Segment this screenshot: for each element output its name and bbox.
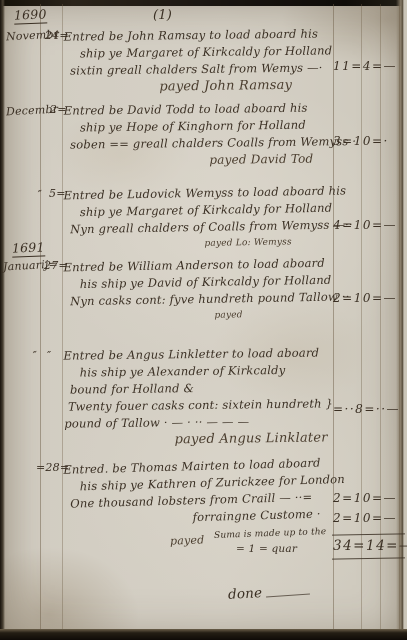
month-ditto-mark: ″ <box>33 349 38 362</box>
custom-duty-amount: 2=10=— <box>333 511 407 525</box>
done-mark: done <box>228 585 263 603</box>
column-rule-left-2 <box>62 4 63 630</box>
custom-duty-line: forraingne Custome · <box>192 505 334 526</box>
year-heading-1691: 1691 <box>12 239 45 257</box>
total-amount: 34=14=— <box>333 538 407 554</box>
amount: 2=10=— <box>333 291 407 305</box>
column-rule-page-edge <box>399 4 400 630</box>
amount: 2=10=— <box>333 491 407 505</box>
payed-label: payed <box>170 533 205 547</box>
payed-line: payed John Ramsay <box>159 76 334 95</box>
done-flourish <box>266 593 310 597</box>
ledger-entry: Entred be Ludovick Wemyss to load aboard… <box>63 183 334 256</box>
ledger-entry: Entred be John Ramsay to load aboard his… <box>64 25 335 96</box>
amount: 11=4=— <box>333 59 407 73</box>
total-overline <box>332 533 405 535</box>
ledger-entry: Entred. be Thomas Mairten to load aboard… <box>63 454 335 530</box>
page-left-edge <box>0 0 5 640</box>
ledger-entry: Entred be David Todd to load aboard his … <box>64 99 335 170</box>
manuscript-page: 1690 (1) Novembr 24= Entred be John Rams… <box>0 0 407 640</box>
amount: 3=10=· <box>333 134 407 148</box>
entry-line: Twenty fouer casks cont: sixtein hundret… <box>68 395 334 415</box>
year-heading: 1690 <box>14 6 47 24</box>
column-rule-money-2 <box>361 4 362 630</box>
day-ditto-mark: ″ <box>47 349 51 362</box>
amount: 4=10=— <box>333 218 407 232</box>
page-number: (1) <box>153 8 172 23</box>
entry-line: Entred be Angus Linkletter to load aboar… <box>63 344 333 364</box>
entry-line: sixtin greall chalders Salt from Wemys —… <box>70 59 334 79</box>
column-rule-money-3 <box>380 4 381 630</box>
page-bottom-edge <box>0 629 407 640</box>
amount: =··8=··— <box>333 402 407 416</box>
ledger-entry: Entred be William Anderson to load aboar… <box>63 255 334 328</box>
payed-line: payed Angus Linklater <box>174 429 334 448</box>
payed-line: payed Lo: Wemyss <box>204 234 334 253</box>
payed-line: payed <box>214 306 334 325</box>
sum-note-small: Suma is made up to the <box>214 527 327 541</box>
total-underline <box>332 557 405 559</box>
column-rule-left-1 <box>40 4 41 630</box>
sum-note: = 1 = quar <box>236 543 297 555</box>
ledger-entry: Entred be Angus Linkletter to load aboar… <box>63 344 334 449</box>
month-ditto-mark: ″ <box>38 188 43 201</box>
payed-line: payed David Tod <box>209 150 334 169</box>
